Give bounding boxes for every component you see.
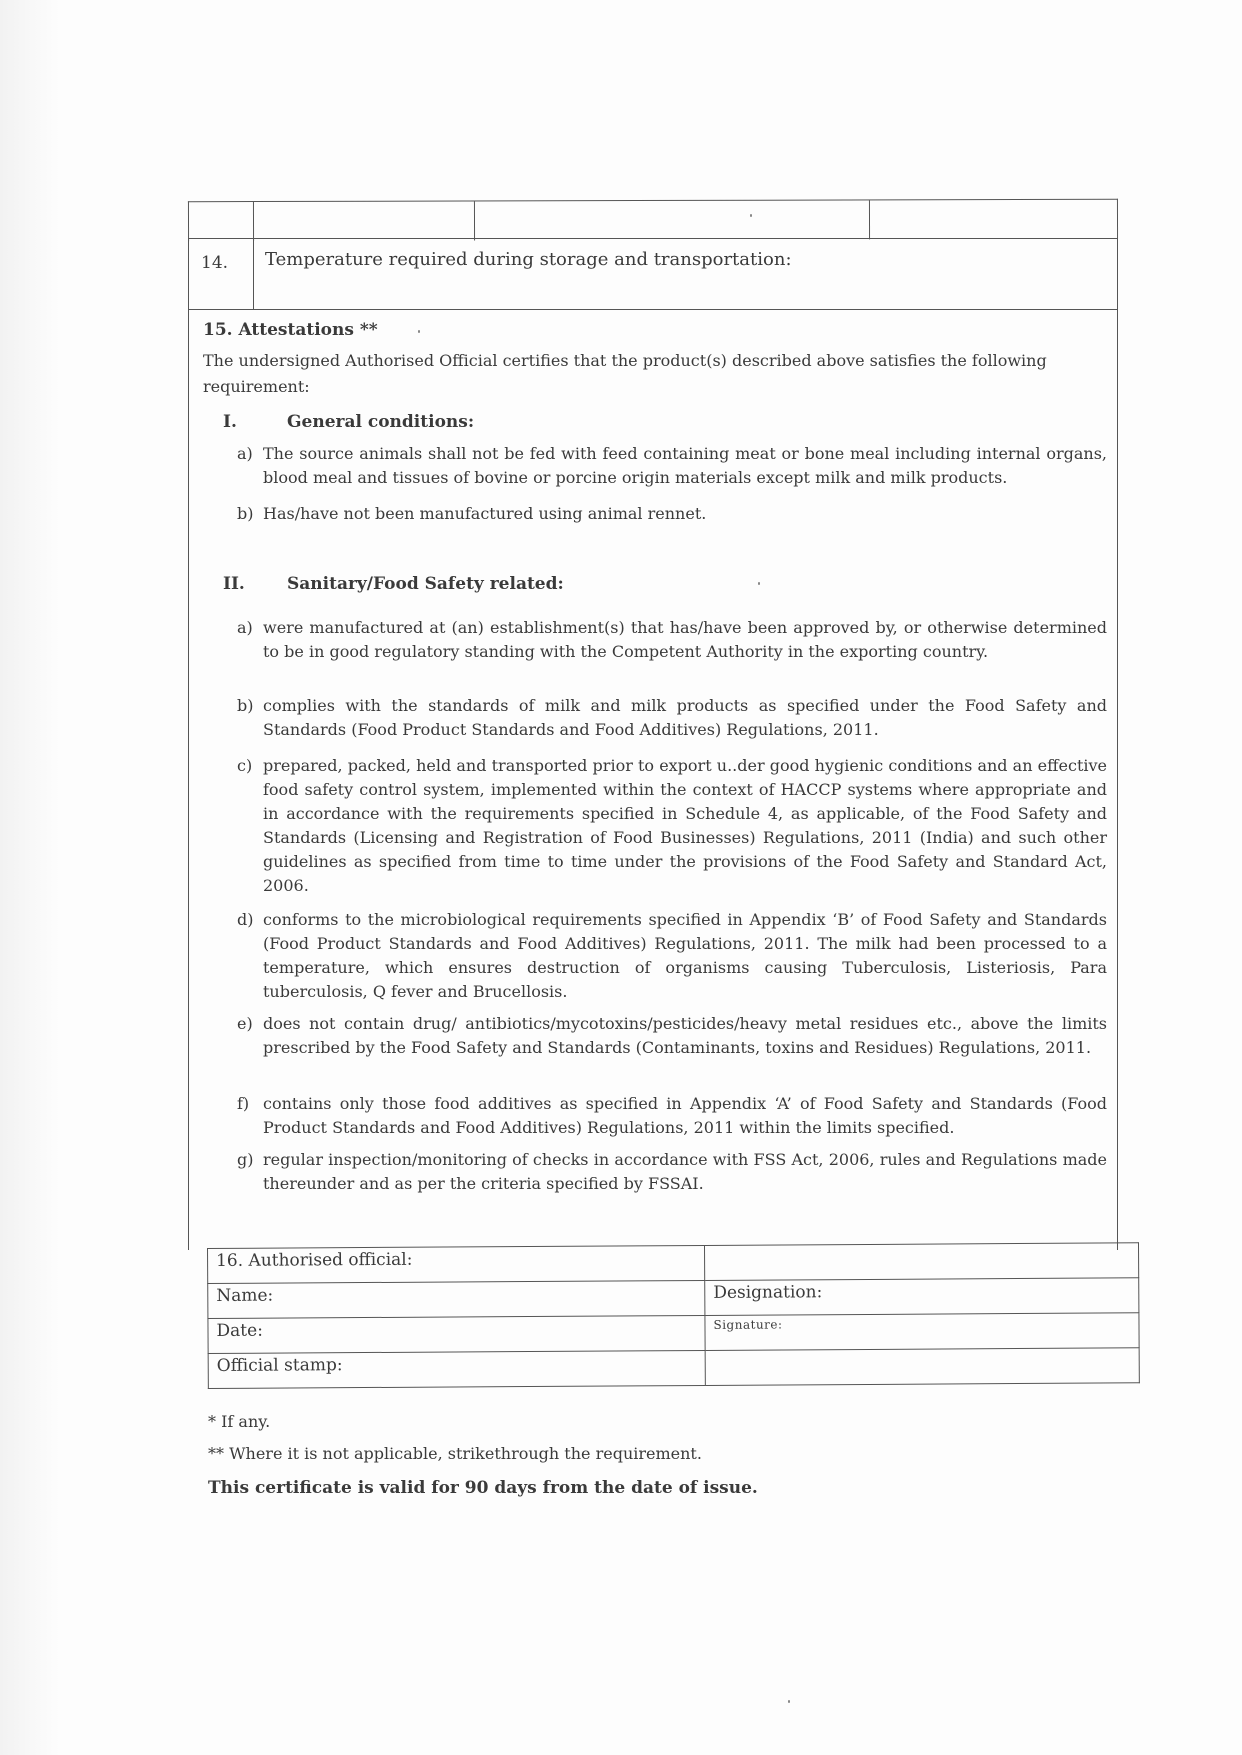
scan-speck (418, 330, 420, 333)
footnote-strikethrough: ** Where it is not applicable, strikethr… (208, 1444, 702, 1463)
scanned-page: 14. Temperature required during storage … (0, 0, 1242, 1755)
temperature-row: 14. Temperature required during storage … (188, 238, 1118, 310)
validity-notice: This certificate is valid for 90 days fr… (208, 1478, 758, 1498)
scan-speck (750, 214, 752, 217)
signature-field[interactable]: Signature: (705, 1313, 1139, 1351)
official-stamp-field[interactable]: Official stamp: (208, 1350, 705, 1388)
empty-cell (704, 1243, 1138, 1281)
list-item: b) complies with the standards of milk a… (237, 694, 1107, 742)
empty-cell (705, 1348, 1139, 1386)
name-field[interactable]: Name: (208, 1280, 705, 1318)
authorised-official-title: 16. Authorised official: (208, 1245, 705, 1283)
list-item: b) Has/have not been manufactured using … (237, 502, 1107, 526)
table-divider (253, 239, 254, 309)
list-item: a) The source animals shall not be fed w… (237, 442, 1107, 490)
authorised-official-table: 16. Authorised official: Name: Designati… (207, 1242, 1140, 1389)
designation-field[interactable]: Designation: (705, 1278, 1139, 1316)
date-field[interactable]: Date: (208, 1315, 705, 1353)
list-item: c) prepared, packed, held and transporte… (237, 754, 1107, 898)
section-general-heading: I.General conditions: (223, 412, 474, 432)
section-sanitary-heading: II.Sanitary/Food Safety related: (223, 574, 564, 594)
previous-table-row (188, 199, 1118, 241)
attestations-title: 15. Attestations ** (203, 320, 378, 340)
attestations-section: 15. Attestations ** The undersigned Auth… (188, 308, 1118, 1250)
footnote-if-any: * If any. (208, 1412, 270, 1431)
attestations-intro: The undersigned Authorised Official cert… (203, 348, 1103, 400)
scan-speck (788, 1700, 790, 1703)
table-divider (253, 202, 254, 241)
list-item: d) conforms to the microbiological requi… (237, 908, 1107, 1004)
table-divider (474, 201, 475, 240)
list-item: a) were manufactured at (an) establishme… (237, 616, 1107, 664)
list-item: e) does not contain drug/ antibiotics/my… (237, 1012, 1107, 1060)
temperature-label: Temperature required during storage and … (265, 249, 792, 270)
scan-speck (758, 582, 760, 585)
list-item: f) contains only those food additives as… (237, 1092, 1107, 1140)
scan-shadow (0, 0, 60, 1755)
list-item: g) regular inspection/monitoring of chec… (237, 1148, 1107, 1196)
table-divider (869, 200, 870, 239)
row-number: 14. (201, 253, 228, 273)
